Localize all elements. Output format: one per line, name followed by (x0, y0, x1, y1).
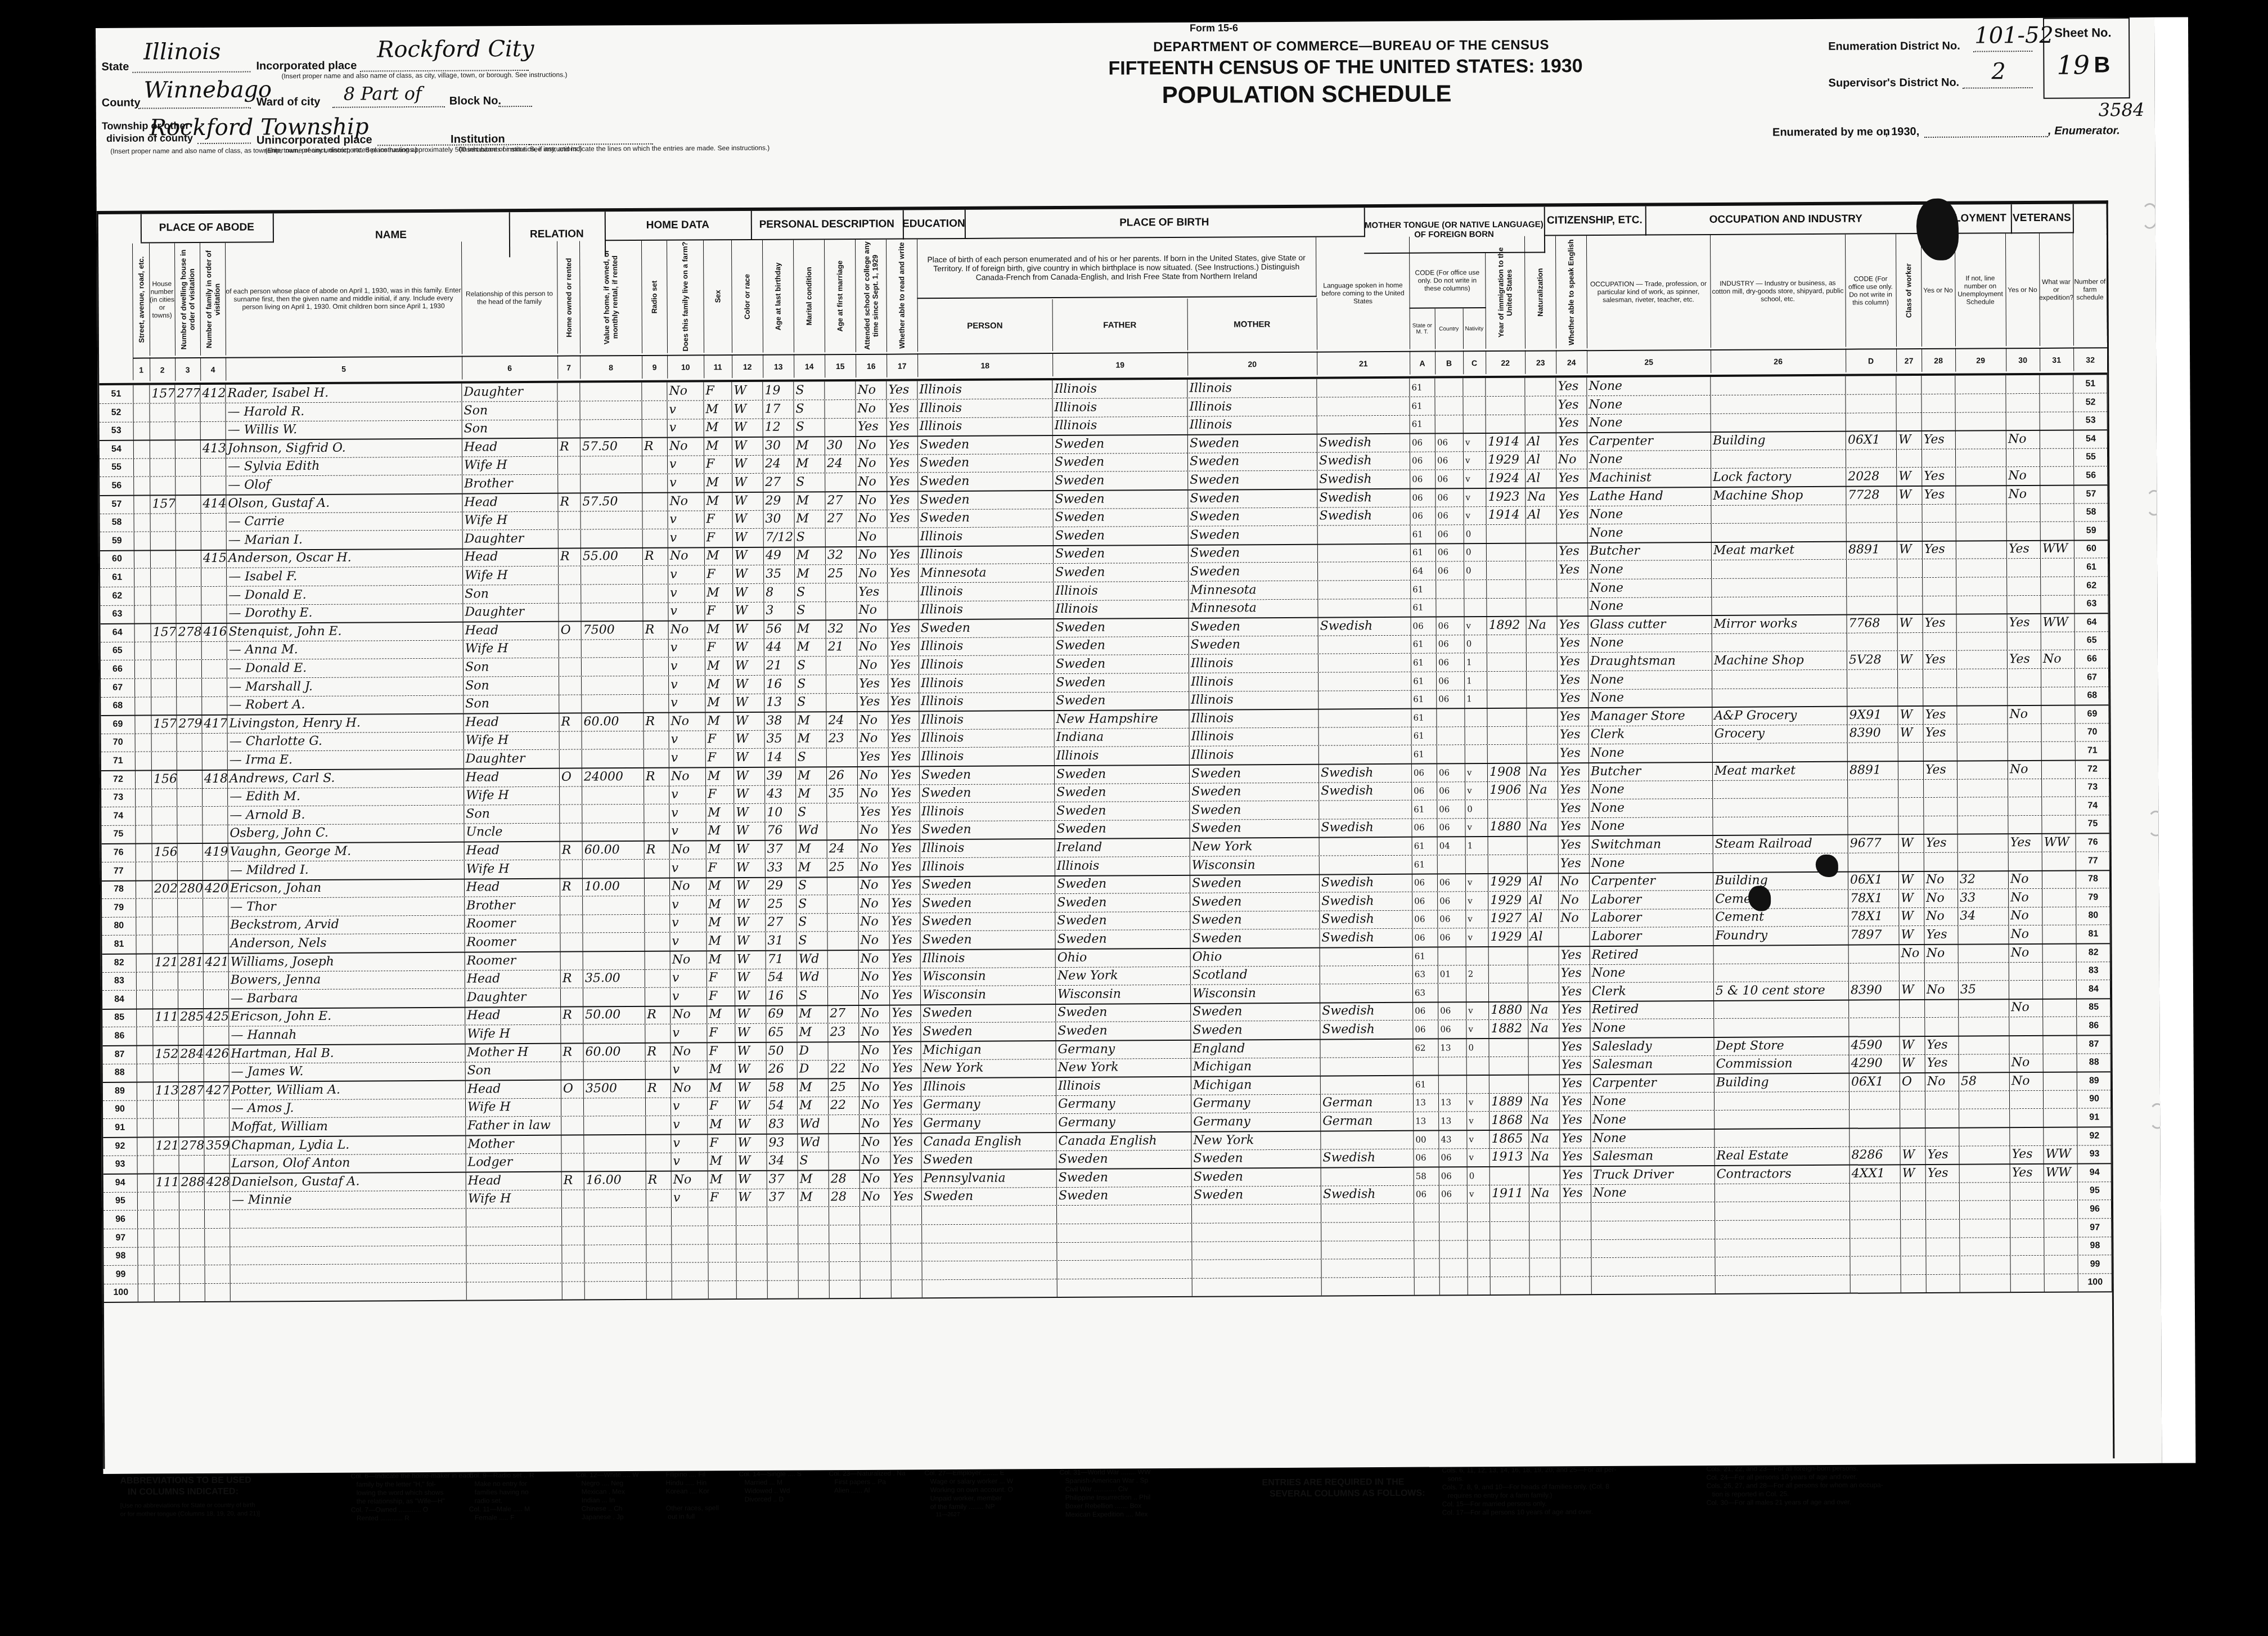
line-number: 78 (102, 880, 136, 898)
cell-english: Yes (1558, 781, 1589, 799)
cell-street (134, 715, 151, 733)
cell-birth (922, 1206, 1057, 1224)
cell-mother: Sweden (1189, 544, 1318, 563)
cell-name (230, 1227, 466, 1246)
cell-birth (922, 1279, 1057, 1297)
cell-industry (1713, 798, 1848, 817)
line-number-right: 55 (2074, 448, 2108, 466)
line-number-right: 61 (2074, 558, 2108, 576)
cell-value: 16.00 (584, 1171, 646, 1190)
cell-farm: No (672, 1171, 708, 1189)
cell-value (581, 511, 643, 529)
cell-value: 60.00 (583, 1043, 645, 1062)
cell-mother: Illinois (1190, 746, 1319, 765)
cell-cA: 61 (1411, 654, 1437, 672)
line-number: 52 (99, 403, 133, 421)
cell-age: 35 (764, 565, 795, 583)
cell-family: 418 (202, 770, 228, 788)
cell-lang (1321, 1057, 1414, 1076)
cell-street (136, 880, 152, 898)
cell-age: 14 (765, 749, 796, 767)
cell-unemp (1956, 577, 2007, 595)
cell-unemp: 34 (1958, 907, 2009, 925)
cell-school: No (859, 1133, 890, 1151)
cell-occupation: Truck Driver (1591, 1166, 1715, 1184)
cell-emp (1923, 522, 1956, 540)
group-blank (98, 214, 142, 242)
cell-english: Yes (1560, 1184, 1591, 1202)
cell-relation: Son (466, 1062, 561, 1080)
cell-own (561, 988, 583, 1006)
cell-cB: 13 (1438, 1039, 1466, 1057)
cell-radio (646, 1226, 672, 1244)
cell-house (154, 1100, 179, 1118)
cell-race: W (734, 767, 765, 785)
cell-sex: M (708, 1152, 736, 1170)
cell-family (203, 861, 228, 879)
cell-code: 4290 (1849, 1054, 1900, 1072)
cell-sex: M (706, 932, 735, 950)
cell-occupation: None (1587, 377, 1711, 395)
cell-industry (1711, 394, 1846, 413)
block-label: Block No. (449, 95, 501, 107)
cell-code: 2028 (1846, 468, 1897, 486)
cell-father: Sweden (1053, 453, 1188, 471)
cell-cA: 06 (1410, 488, 1435, 506)
cell-street (134, 514, 151, 532)
cell-own (561, 951, 583, 969)
cell-father: Sweden (1055, 930, 1190, 949)
cell-industry (1712, 596, 1847, 615)
line-number-right: 96 (2078, 1200, 2112, 1218)
abbrev-col27: Col. 27—Employer ........ E Wage or sala… (924, 1468, 1013, 1511)
cell-nat (1525, 377, 1556, 395)
cell-industry (1714, 1000, 1849, 1018)
cell-sex: M (705, 547, 733, 565)
cell-age-marr (827, 932, 858, 950)
line-number: 98 (103, 1247, 138, 1265)
cell-house (153, 990, 178, 1008)
cell-industry (1714, 1110, 1849, 1129)
cell-occupation: Butcher (1588, 542, 1712, 560)
cell-unemp (1958, 834, 2009, 852)
cell-emp: No (1925, 981, 1959, 999)
cell-race: W (736, 1171, 767, 1189)
cell-unemp (1958, 925, 2009, 943)
cell-nat (1528, 855, 1559, 873)
cell-mother: Sweden (1189, 636, 1318, 654)
cell-relation: Brother (465, 896, 560, 915)
department-heading: DEPARTMENT OF COMMERCE—BUREAU OF THE CEN… (1153, 37, 1549, 55)
cell-read: Yes (887, 418, 918, 436)
cell-read: Yes (889, 785, 920, 803)
cell-age-marr (825, 381, 856, 399)
cell-nat (1527, 653, 1558, 671)
cell-street (137, 1174, 154, 1192)
cell-age: 44 (764, 639, 795, 657)
cell-english (1560, 1258, 1591, 1276)
cell-own (559, 511, 581, 529)
cell-dwelling (177, 660, 202, 678)
cell-radio (645, 987, 670, 1005)
cell-marital: S (794, 400, 825, 418)
cell-age-marr: 22 (829, 1060, 859, 1078)
line-number-right: 52 (2073, 393, 2107, 411)
cell-birth: Sweden (918, 453, 1053, 472)
cell-class: O (1900, 1073, 1925, 1091)
cell-unemp: 35 (1959, 981, 2009, 999)
cell-industry (1716, 1275, 1851, 1293)
cell-class (1901, 1256, 1926, 1274)
line-number-right: 83 (2077, 961, 2110, 979)
cell-dwelling: 279 (177, 715, 202, 733)
cell-relation: Head (462, 493, 558, 511)
cell-occupation: Machinist (1587, 469, 1711, 487)
cell-cA: 61 (1411, 580, 1436, 598)
cell-nat: Na (1528, 1019, 1559, 1037)
unincorporated-label: Unincorporated place (256, 133, 372, 147)
cell-school: No (859, 1041, 890, 1059)
cell-unemp (1956, 595, 2007, 613)
cell-school (860, 1243, 891, 1261)
cell-cC: 1 (1465, 690, 1487, 708)
cell-age: 69 (766, 1005, 797, 1023)
cell-race: W (735, 877, 766, 895)
cell-cB: 06 (1437, 690, 1465, 708)
cell-class (1901, 1183, 1926, 1201)
cell-code (1849, 1128, 1900, 1146)
cell-mother: Minnesota (1189, 599, 1318, 618)
abbrev-col12: Col. 12—White .... W Negro .... Neg Mexi… (575, 1471, 639, 1522)
cell-age-marr (826, 657, 857, 675)
cell-emp: No (1925, 1072, 1959, 1090)
cell-occupation: Carpenter (1587, 432, 1711, 451)
cell-house (152, 917, 178, 935)
cell-nat (1529, 1203, 1560, 1221)
cell-sex: M (704, 492, 732, 510)
cell-war: WW (2044, 1163, 2078, 1181)
cell-nat (1525, 396, 1556, 414)
cell-dwelling (179, 1100, 204, 1118)
cell-sex (709, 1280, 737, 1298)
cell-sex: M (708, 1116, 736, 1134)
cell-relation: Mother H (465, 1043, 561, 1062)
cell-class (1897, 412, 1922, 430)
line-number: 88 (103, 1064, 137, 1082)
cell-age-marr: 35 (827, 785, 858, 803)
group-education: EDUCATION (903, 210, 966, 240)
cell-vet (2006, 412, 2040, 430)
cell-mother: New York (1191, 1131, 1321, 1149)
line-number-right: 63 (2074, 595, 2108, 613)
cell-birth: New York (921, 1059, 1056, 1077)
cell-vet (2007, 559, 2041, 577)
table-header: PLACE OF ABODE NAME RELATION HOME DATA P… (98, 204, 2108, 385)
cell-dwelling (176, 605, 201, 623)
line-number-right: 73 (2076, 778, 2109, 796)
cell-street (135, 807, 152, 825)
cell-father (1057, 1278, 1192, 1297)
cell-age-marr: 23 (827, 730, 858, 748)
cell-age: 30 (763, 437, 794, 455)
cell-read (888, 583, 919, 601)
cell-school: No (857, 711, 888, 729)
cell-unemp (1956, 412, 2006, 430)
county-line (138, 107, 251, 109)
cell-code (1846, 394, 1896, 412)
cell-lang (1318, 709, 1411, 727)
cell-industry (1714, 1018, 1849, 1037)
cell-farm: v (669, 786, 706, 804)
cell-industry: Cement (1713, 908, 1848, 927)
line-number: 73 (101, 789, 136, 807)
cell-school: No (860, 1188, 891, 1206)
cell-marital: M (797, 1023, 828, 1041)
cell-birth: Sweden (920, 820, 1055, 839)
cell-dwelling (177, 788, 202, 806)
cell-unemp (1956, 541, 2007, 559)
cell-class: W (1897, 468, 1922, 486)
cell-sex (708, 1226, 736, 1244)
cell-own (561, 1135, 584, 1153)
cell-race: W (734, 749, 765, 767)
cell-dwelling (176, 587, 201, 605)
cell-own: R (560, 841, 583, 859)
cell-lang: Swedish (1317, 488, 1410, 507)
cell-immig: 1908 (1488, 763, 1527, 781)
cell-age: 93 (767, 1134, 798, 1152)
cell-unemp: 58 (1959, 1072, 2010, 1090)
cell-age-marr (825, 473, 856, 491)
cell-family (200, 403, 226, 421)
cell-cC (1464, 415, 1486, 433)
cell-cB (1435, 378, 1463, 396)
cell-own (560, 786, 582, 804)
cell-code: 8390 (1848, 725, 1898, 743)
cell-cB: 06 (1435, 452, 1464, 470)
cell-code (1846, 504, 1897, 522)
cell-dwelling (177, 678, 202, 696)
cell-street (135, 770, 152, 788)
cell-marital: D (798, 1060, 829, 1078)
cell-birth: Germany (921, 1114, 1056, 1132)
cell-birth: Sweden (920, 894, 1055, 913)
cell-dwelling (178, 972, 204, 990)
cell-nat (1527, 726, 1558, 744)
cell-marital: Wd (798, 1115, 829, 1133)
cell-english: Yes (1556, 469, 1587, 487)
cell-mother: Michigan (1191, 1058, 1321, 1076)
cell-war (2044, 1090, 2077, 1108)
cell-mother: Sweden (1192, 1186, 1321, 1204)
cell-cB: 06 (1439, 1148, 1467, 1166)
cell-unemp (1959, 1127, 2010, 1145)
cell-value (580, 474, 642, 493)
cell-cC: 0 (1468, 1167, 1490, 1185)
cell-relation: Son (462, 401, 557, 420)
cell-dwelling (178, 862, 203, 880)
cell-mother (1192, 1241, 1321, 1260)
line-number-right: 98 (2078, 1237, 2112, 1255)
cell-street (137, 1064, 154, 1082)
cell-cA: 06 (1412, 819, 1437, 837)
line-number-right: 71 (2076, 741, 2109, 759)
cell-cB: 06 (1439, 1167, 1468, 1185)
cell-read: Yes (889, 803, 920, 821)
cell-age: 33 (766, 859, 796, 877)
line-number-right: 64 (2074, 613, 2108, 631)
cell-house (150, 421, 175, 439)
cell-occupation: None (1589, 744, 1713, 762)
cell-english: Yes (1557, 561, 1588, 579)
cell-house (151, 550, 176, 568)
cell-unemp (1959, 999, 2009, 1017)
cell-nat: Na (1527, 763, 1558, 781)
cell-farm: No (670, 1006, 707, 1024)
cell-lang (1317, 397, 1410, 415)
cell-house (151, 678, 177, 696)
cell-cB: 06 (1437, 800, 1465, 818)
cell-occupation: None (1588, 689, 1712, 707)
cell-cA: 63 (1413, 965, 1438, 983)
cell-relation: Son (464, 804, 560, 823)
cell-father: Sweden (1055, 783, 1190, 802)
cell-class: W (1898, 706, 1923, 724)
cell-age-marr (827, 821, 858, 839)
cell-occupation: None (1589, 799, 1713, 817)
cell-birth: Sweden (922, 1187, 1057, 1206)
cell-english (1561, 1276, 1592, 1294)
cell-war (2040, 375, 2073, 393)
cell-street (136, 954, 153, 972)
cell-emp (1926, 1238, 1960, 1256)
cell-farm: No (667, 382, 704, 400)
cell-immig (1488, 855, 1528, 873)
cell-emp: Yes (1922, 486, 1956, 504)
cell-marital (799, 1262, 830, 1280)
cell-street (136, 1009, 153, 1027)
cell-age-marr (826, 583, 857, 601)
cell-vet (2006, 375, 2040, 393)
cell-mother: England (1191, 1039, 1320, 1058)
cell-birth: Illinois (919, 711, 1054, 729)
cell-birth: Illinois (920, 839, 1055, 857)
cell-radio (643, 511, 668, 529)
cell-street (133, 422, 150, 440)
cell-race: W (733, 675, 764, 693)
cell-occupation: Lathe Hand (1587, 487, 1711, 506)
cell-cA: 13 (1414, 1094, 1439, 1112)
cell-mother (1192, 1222, 1321, 1241)
cell-father: Sweden (1053, 508, 1188, 527)
cell-street (138, 1265, 155, 1283)
cell-code (1849, 945, 1900, 963)
cell-mother: Sweden (1188, 471, 1317, 489)
cell-house (152, 898, 178, 916)
cell-lang: German (1321, 1094, 1414, 1112)
cell-sex: F (708, 1134, 736, 1152)
cell-code (1847, 523, 1897, 541)
cell-immig: 1929 (1488, 873, 1528, 891)
cell-farm: No (668, 547, 705, 565)
line-number-right: 91 (2077, 1108, 2111, 1126)
cell-farm: v (669, 694, 705, 712)
cell-occupation: Clerk (1590, 982, 1714, 1001)
cell-lang (1318, 562, 1411, 581)
cell-nat (1527, 671, 1558, 689)
enumerated-label: Enumerated by me on (1772, 125, 1890, 139)
sheet-number-box: Sheet No. 19 B (2043, 17, 2130, 99)
cell-farm: v (668, 419, 704, 437)
cell-code (1847, 687, 1898, 705)
cell-street (136, 935, 152, 953)
column-number: B (1435, 350, 1464, 374)
line-number: 100 (104, 1284, 138, 1302)
cell-family: 416 (202, 623, 227, 641)
cell-sex: F (708, 1097, 736, 1115)
cell-own (557, 383, 580, 401)
cell-radio: R (643, 547, 668, 565)
sheet-side: B (2094, 52, 2110, 78)
column-number: 23 (1525, 350, 1556, 374)
cell-relation: Head (464, 768, 560, 786)
cell-unemp (1959, 1109, 2010, 1127)
cell-age-marr (829, 1134, 859, 1152)
cell-code (1847, 633, 1898, 651)
cell-value (584, 1208, 646, 1226)
cell-age-marr: 27 (825, 492, 856, 510)
cell-house: 1565 (152, 770, 177, 788)
cell-age-marr (828, 1042, 859, 1060)
cell-relation: Head (463, 713, 559, 731)
cell-marital: M (798, 1189, 829, 1207)
line-number: 86 (102, 1027, 137, 1045)
cell-radio (645, 1024, 670, 1042)
cell-class (1900, 1091, 1925, 1109)
cell-age-marr (827, 748, 858, 766)
cell-read: Yes (888, 675, 919, 693)
cell-school: Yes (858, 803, 889, 821)
cell-marital: S (795, 601, 826, 619)
cell-immig: 1865 (1489, 1130, 1529, 1148)
cell-school (860, 1225, 891, 1243)
cell-farm: v (668, 529, 705, 547)
cell-family (204, 1063, 229, 1081)
cell-class (1898, 779, 1924, 797)
line-number: 58 (100, 514, 134, 532)
cell-relation: Head (465, 970, 561, 988)
cell-dwelling (177, 825, 202, 843)
cell-mother: Illinois (1187, 397, 1317, 416)
cell-name: Ericson, Johan (228, 879, 465, 898)
cell-emp (1921, 376, 1955, 394)
cell-war (2042, 888, 2076, 906)
column-header-c17: Whether able to read and write (886, 239, 918, 352)
cell-mother: Sweden (1188, 507, 1317, 526)
cell-birth: Sweden (918, 491, 1053, 509)
county-value: Winnebago (143, 77, 272, 103)
cell-value (584, 1116, 646, 1135)
cell-lang (1318, 580, 1411, 599)
cell-house: 1578 (150, 385, 175, 403)
line-number-right: 81 (2076, 925, 2110, 943)
cell-vet (2007, 595, 2041, 613)
cell-own (561, 1024, 583, 1042)
cell-emp: No (1924, 871, 1958, 889)
cell-war (2043, 980, 2077, 998)
cell-age: 29 (766, 877, 796, 895)
enum-district-line (1973, 51, 2032, 52)
